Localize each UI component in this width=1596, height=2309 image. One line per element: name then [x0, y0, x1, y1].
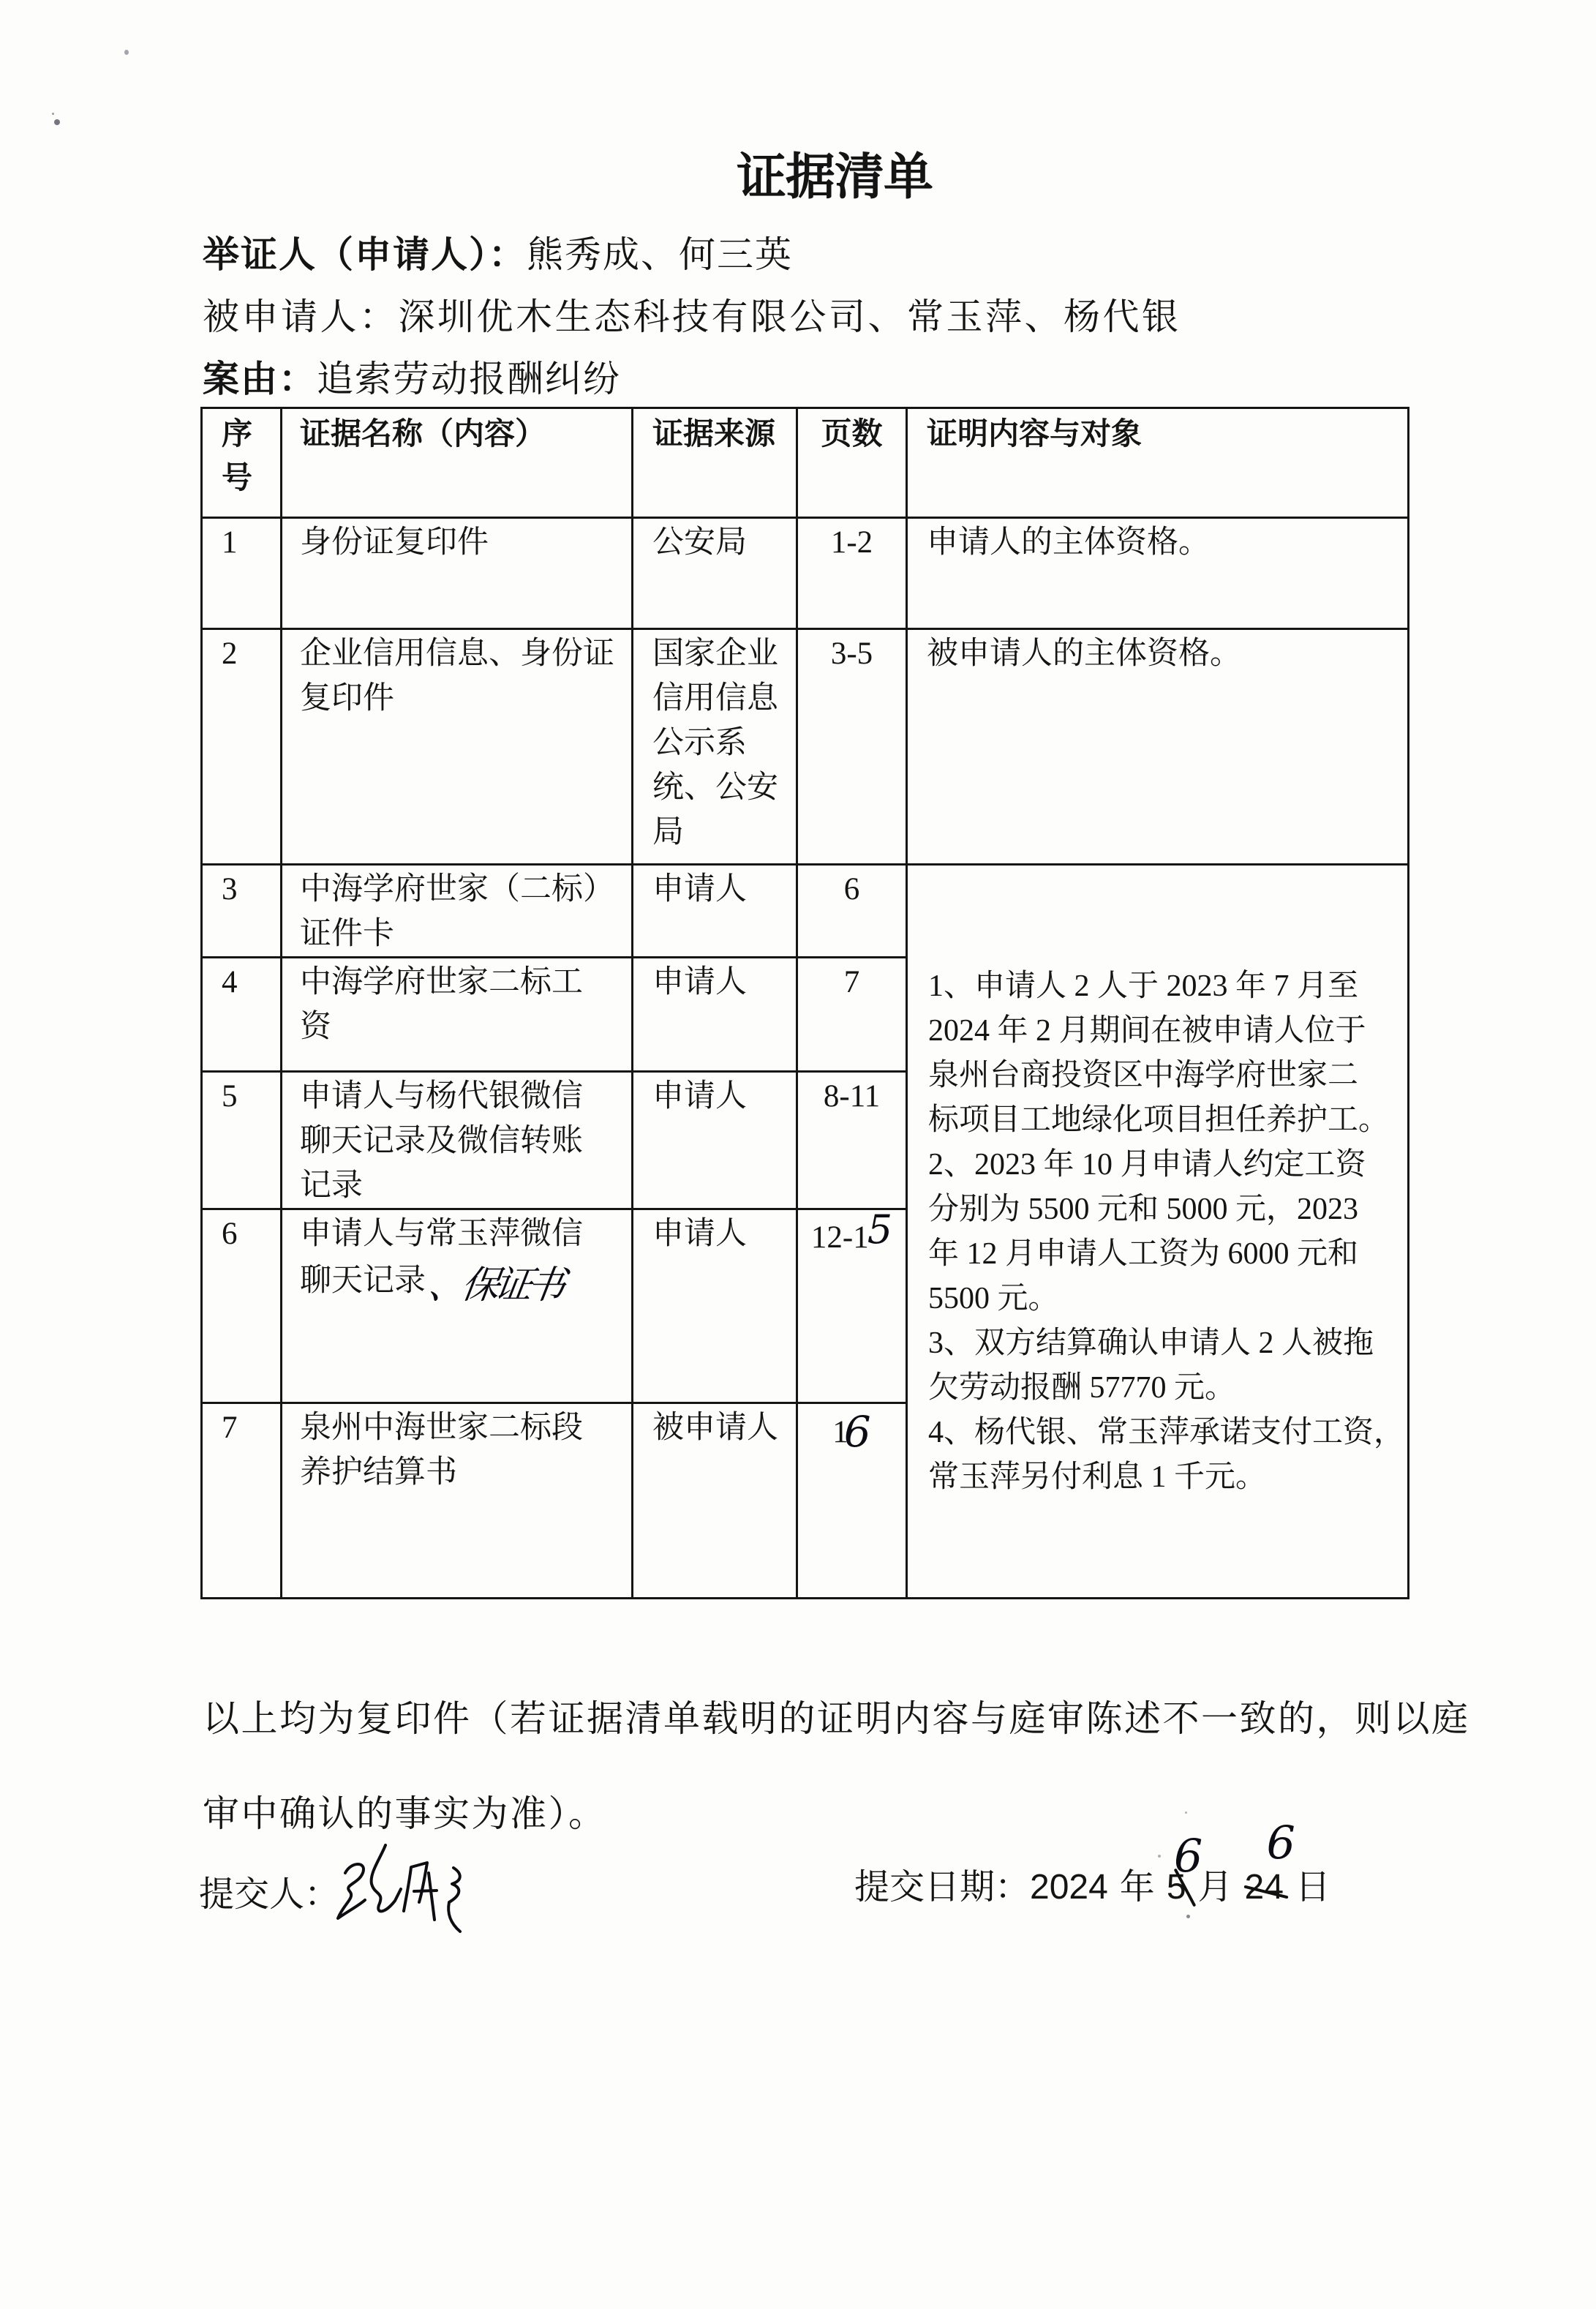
- submitter-label: 提交人：: [199, 1875, 339, 1914]
- row-name-line: 聊天记录及微信转账: [300, 1119, 622, 1163]
- header-seq: 序 号: [202, 408, 282, 518]
- row-source-line: 申请人: [652, 960, 787, 1005]
- row-name: 中海学府世家二标工 资: [282, 958, 633, 1072]
- scan-speck: [52, 113, 54, 115]
- row-source-line: 公安局: [652, 520, 787, 565]
- row-name-line: 企业信用信息、身份证: [300, 631, 622, 676]
- scan-speck: [124, 50, 129, 55]
- row-source: 申请人: [633, 1209, 797, 1403]
- submission-date: 提交日期：2024年56月246日: [854, 1866, 1342, 1910]
- row-pages: 3-5: [797, 629, 907, 865]
- header-pages: 页数: [797, 408, 907, 518]
- scan-speck: [1186, 1915, 1190, 1918]
- case-label: 案由：: [203, 358, 317, 399]
- pages-printed: 12-1: [811, 1220, 869, 1255]
- provider-label: 举证人（申请人）：: [203, 234, 527, 275]
- header-seq-line: 号: [222, 456, 271, 500]
- row-name: 中海学府世家（二标） 证件卡: [282, 865, 633, 958]
- row-name-line-with-note: 聊天记录、保证书: [300, 1256, 622, 1303]
- row-source-line: 申请人: [652, 1212, 787, 1256]
- header-name: 证据名称（内容）: [282, 408, 633, 518]
- header-source: 证据来源: [633, 408, 797, 518]
- purpose-line: 3、双方结算确认申请人 2 人被拖: [928, 1321, 1403, 1366]
- purpose-line: 常玉萍另付利息 1 千元。: [928, 1455, 1403, 1500]
- row-source-line: 公示系: [652, 721, 787, 765]
- row-pages: 7: [797, 958, 907, 1072]
- handwritten-annotation: 、保证书: [426, 1264, 564, 1308]
- month-correction: 56: [1167, 1866, 1186, 1910]
- row-seq: 2: [202, 629, 282, 865]
- purpose-line: 分别为 5500 元和 5000 元，2023: [928, 1187, 1403, 1232]
- row-purpose: 被申请人的主体资格。: [907, 629, 1409, 865]
- row-name: 泉州中海世家二标段 养护结算书: [282, 1403, 633, 1599]
- date-label: 提交日期：: [854, 1868, 1030, 1907]
- row-source-line: 被申请人: [652, 1405, 787, 1450]
- pages-handwritten-correction: 6: [844, 1410, 871, 1454]
- respondent-line: 被申请人：深圳优木生态科技有限公司、常玉萍、杨代银: [203, 286, 1181, 348]
- row-source: 国家企业 信用信息 公示系 统、公安 局: [633, 629, 797, 865]
- row-name-text: 聊天记录: [300, 1264, 426, 1298]
- row-seq: 6: [202, 1209, 282, 1403]
- case-value: 追索劳动报酬纠纷: [317, 358, 621, 399]
- row-name-line: 复印件: [300, 676, 622, 721]
- purpose-line: 标项目工地绿化项目担任养护工。: [928, 1098, 1403, 1143]
- row-source: 被申请人: [633, 1403, 797, 1599]
- row-name-line: 中海学府世家二标工: [300, 960, 622, 1005]
- row-name-line: 申请人与杨代银微信: [300, 1074, 622, 1119]
- row-seq: 5: [202, 1072, 282, 1209]
- row-seq: 4: [202, 958, 282, 1072]
- row-name-line: 中海学府世家（二标）: [300, 867, 622, 912]
- row-name-line: 身份证复印件: [300, 520, 622, 565]
- purpose-line: 4、杨代银、常玉萍承诺支付工资，: [928, 1411, 1403, 1455]
- row-name: 申请人与常玉萍微信 聊天记录、保证书: [282, 1209, 633, 1403]
- purpose-line: 2024 年 2 月期间在被申请人位于: [928, 1009, 1403, 1054]
- month-unit: 月: [1198, 1868, 1233, 1907]
- row-name-line: 养护结算书: [300, 1450, 622, 1495]
- purpose-line: 年 12 月申请人工资为 6000 元和: [928, 1232, 1403, 1277]
- row-name-line: 资: [300, 1005, 622, 1049]
- date-year: 2024: [1030, 1868, 1108, 1907]
- row-pages: 6: [797, 865, 907, 958]
- purpose-line: 欠劳动报酬 57770 元。: [928, 1366, 1403, 1411]
- row-name-line: 申请人与常玉萍微信: [300, 1212, 622, 1256]
- row-pages: 16: [797, 1403, 907, 1599]
- row-pages: 12-15: [797, 1209, 907, 1403]
- table-row: 1 身份证复印件 公安局 1-2 申请人的主体资格。: [202, 518, 1409, 629]
- row-source-line: 申请人: [652, 1074, 787, 1119]
- row-name-line: 记录: [300, 1163, 622, 1208]
- row-seq: 3: [202, 865, 282, 958]
- table-row: 3 中海学府世家（二标） 证件卡 申请人 6 1、申请人 2 人于 2023 年…: [202, 865, 1409, 958]
- document-title: 证据清单: [73, 145, 1596, 209]
- row-source-line: 信用信息: [652, 676, 787, 721]
- day-correction: 246: [1245, 1866, 1284, 1910]
- evidence-table: 序 号 证据名称（内容） 证据来源 页数 证明内容与对象 1 身份证复印件 公安…: [200, 407, 1409, 1599]
- row-seq: 1: [202, 518, 282, 629]
- row-name-line: 证件卡: [300, 912, 622, 956]
- day-handwritten: 6: [1267, 1820, 1295, 1866]
- row-purpose: 申请人的主体资格。: [907, 518, 1409, 629]
- row-pages: 1-2: [797, 518, 907, 629]
- row-source-line: 国家企业: [652, 631, 787, 676]
- case-cause-line: 案由：追索劳动报酬纠纷: [203, 348, 1181, 410]
- row-name-line: 泉州中海世家二标段: [300, 1405, 622, 1450]
- row-name: 申请人与杨代银微信 聊天记录及微信转账 记录: [282, 1072, 633, 1209]
- year-unit: 年: [1120, 1868, 1155, 1907]
- header-seq-line: 序: [222, 412, 271, 456]
- provider-value: 熊秀成、何三英: [527, 234, 793, 275]
- row-seq: 7: [202, 1403, 282, 1599]
- row-source: 公安局: [633, 518, 797, 629]
- purpose-line: 1、申请人 2 人于 2023 年 7 月至: [928, 964, 1403, 1009]
- respondent-value: 深圳优木生态科技有限公司、常玉萍、杨代银: [399, 296, 1181, 337]
- scan-speck: [54, 119, 60, 125]
- submitter: 提交人：: [199, 1873, 339, 1917]
- row-pages: 8-11: [797, 1072, 907, 1209]
- row-source: 申请人: [633, 865, 797, 958]
- merged-purpose-cell: 1、申请人 2 人于 2023 年 7 月至 2024 年 2 月期间在被申请人…: [907, 865, 1409, 1599]
- case-parties: 举证人（申请人）：熊秀成、何三英 被申请人：深圳优木生态科技有限公司、常玉萍、杨…: [203, 224, 1181, 410]
- purpose-line: 2、2023 年 10 月申请人约定工资: [928, 1143, 1403, 1187]
- purpose-line: 泉州台商投资区中海学府世家二: [928, 1054, 1403, 1098]
- day-unit: 日: [1295, 1868, 1330, 1907]
- row-name: 企业信用信息、身份证 复印件: [282, 629, 633, 865]
- header-purpose: 证明内容与对象: [907, 408, 1409, 518]
- purpose-line: 5500 元。: [928, 1277, 1403, 1321]
- respondent-label: 被申请人：: [203, 296, 399, 337]
- row-source-line: 申请人: [652, 867, 787, 912]
- row-name: 身份证复印件: [282, 518, 633, 629]
- evidence-provider-line: 举证人（申请人）：熊秀成、何三英: [203, 224, 1181, 286]
- row-source: 申请人: [633, 958, 797, 1072]
- month-handwritten: 6: [1174, 1833, 1202, 1879]
- table-header-row: 序 号 证据名称（内容） 证据来源 页数 证明内容与对象: [202, 408, 1409, 518]
- table-row: 2 企业信用信息、身份证 复印件 国家企业 信用信息 公示系 统、公安 局 3-…: [202, 629, 1409, 865]
- row-source-line: 局: [652, 810, 787, 855]
- disclaimer-line: 以上均为复印件（若证据清单载明的证明内容与庭审陈述不一致的，则以庭: [203, 1671, 1470, 1766]
- pages-handwritten-correction: 5: [867, 1207, 892, 1252]
- row-source: 申请人: [633, 1072, 797, 1209]
- row-source-line: 统、公安: [652, 765, 787, 810]
